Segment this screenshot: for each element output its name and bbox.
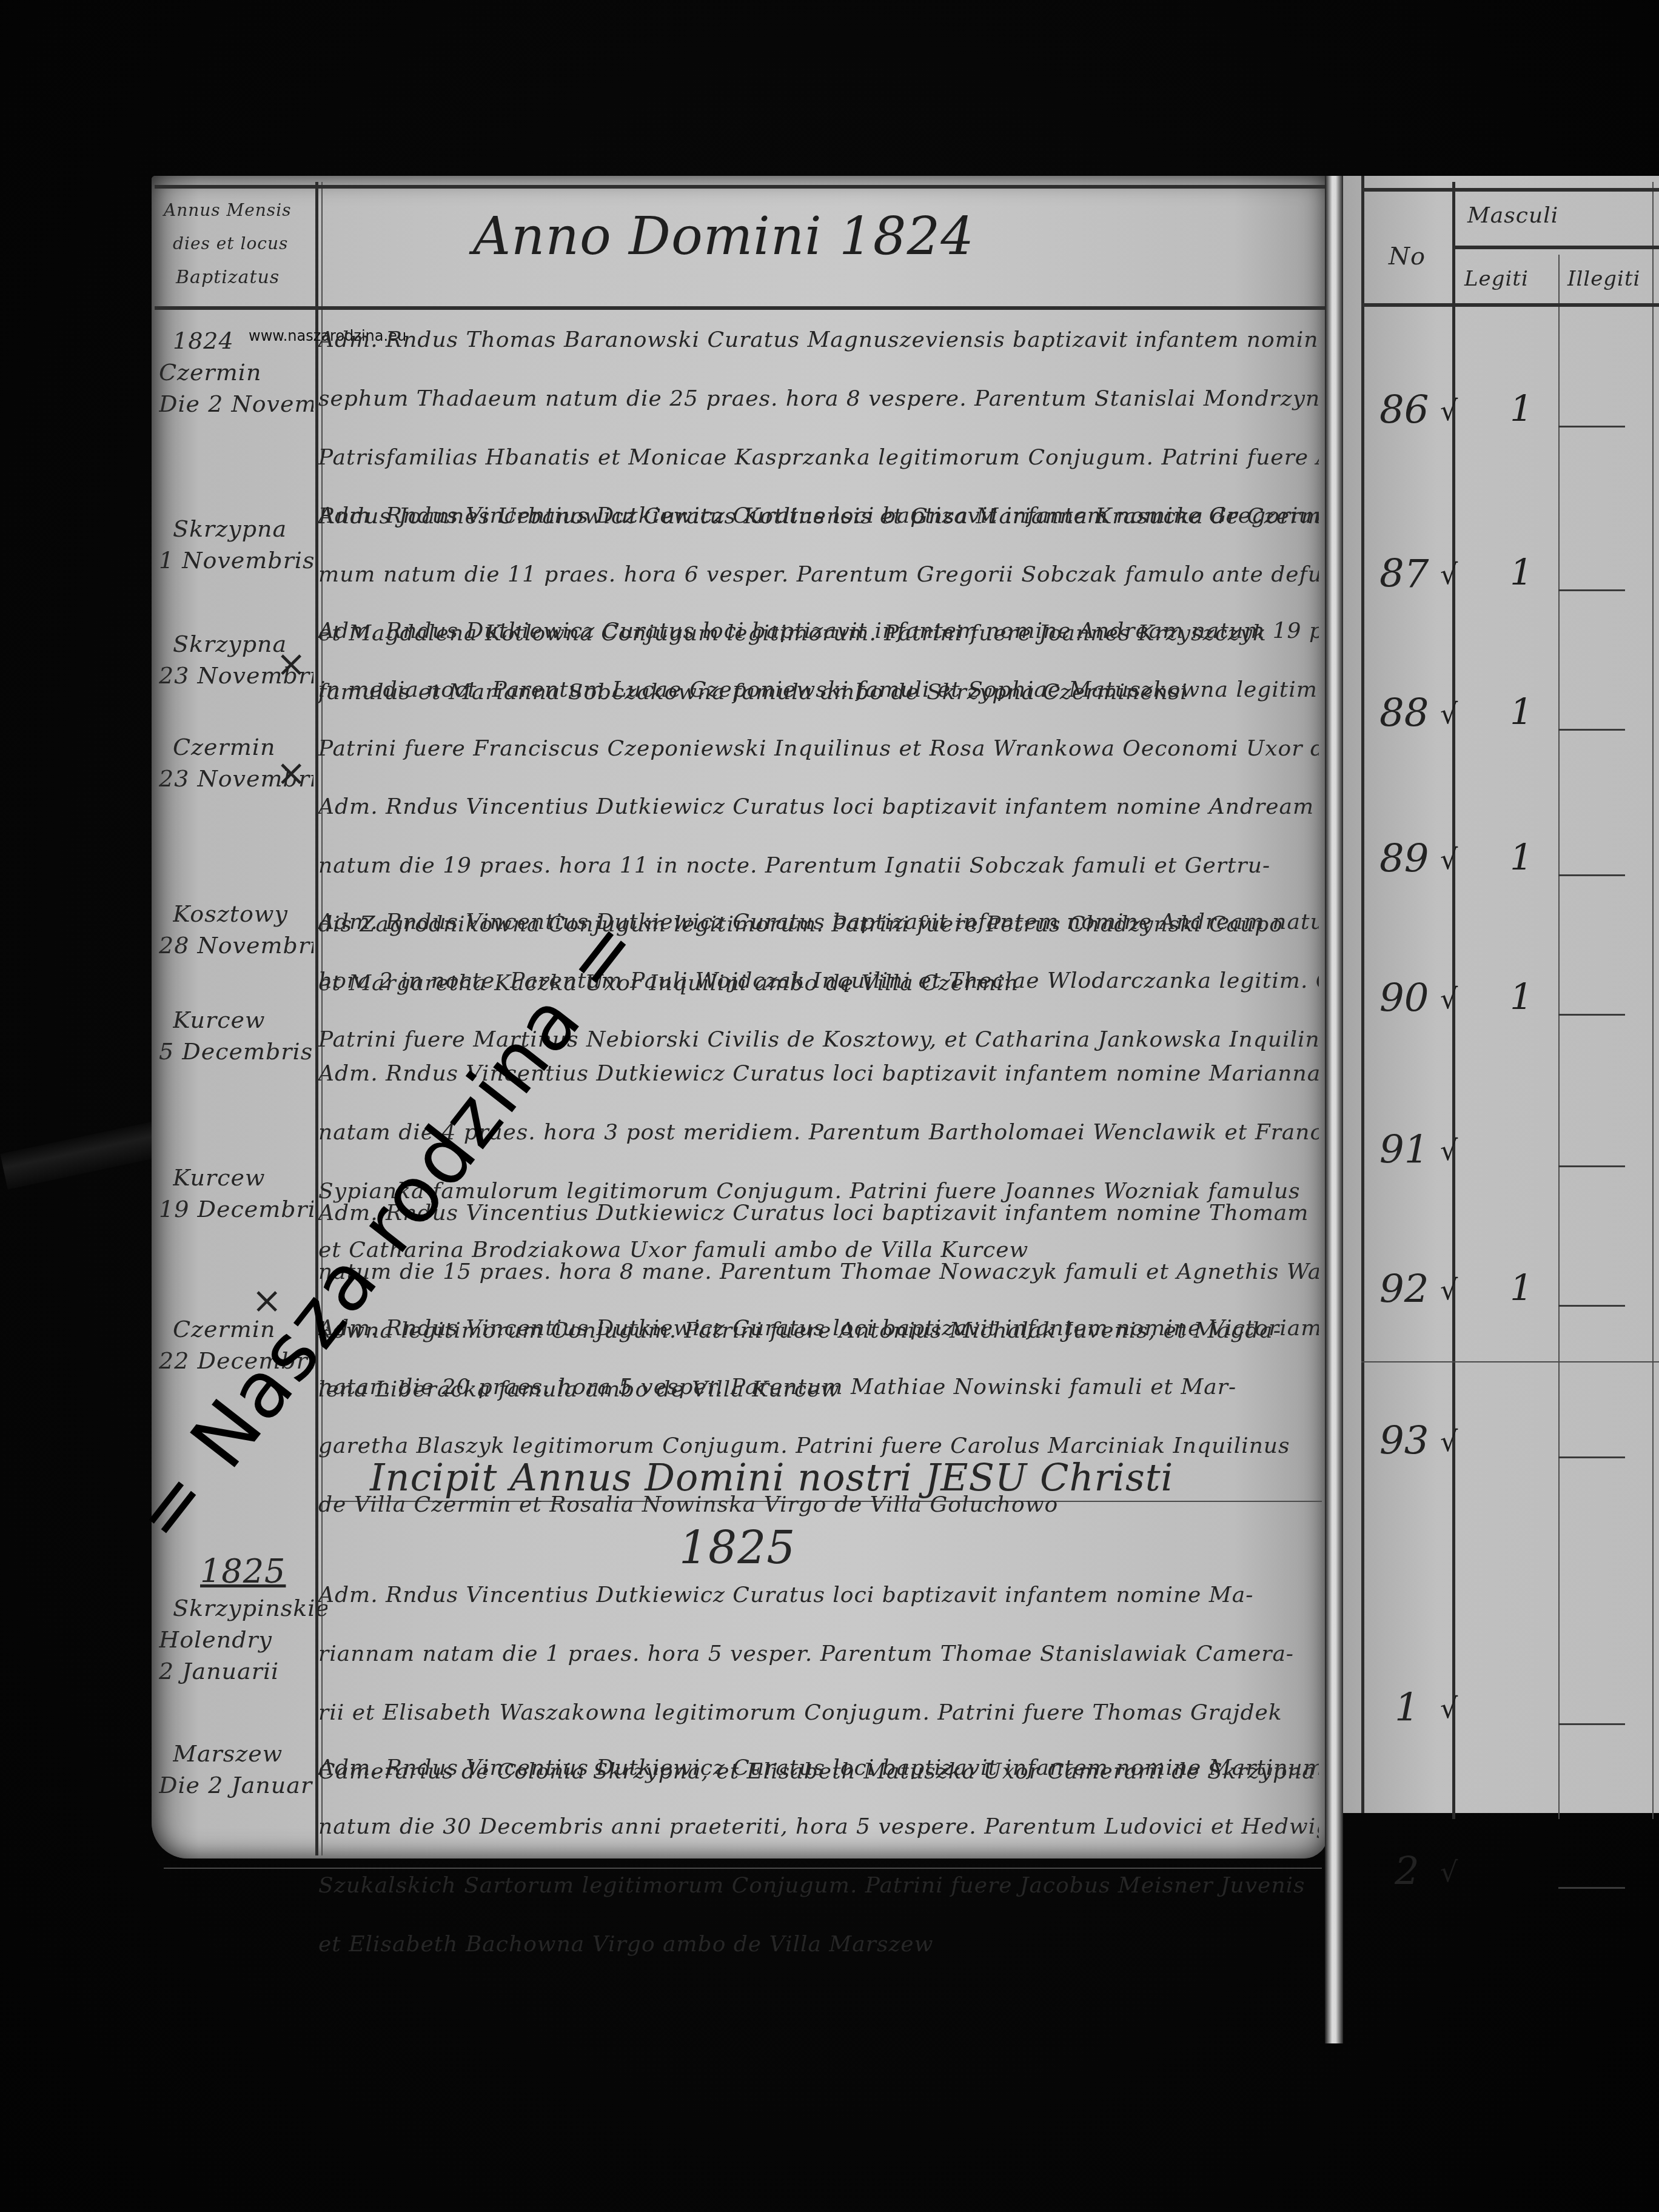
ledger-dash (1558, 1165, 1625, 1167)
entry-text-line: mum natum die 11 praes. hora 6 vesper. P… (318, 562, 1319, 587)
entry-margin-note: Skrzypinskie (173, 1595, 327, 1621)
margin-year-1825: 1825 (200, 1552, 286, 1590)
record-number: 93 (1379, 1419, 1429, 1464)
record-check-mark: √ (1440, 1855, 1458, 1888)
entry-text-line: Adm. Rndus Thomas Baranowski Curatus Mag… (318, 327, 1319, 352)
record-number: 90 (1379, 976, 1429, 1021)
right-header-rule (1452, 246, 1659, 249)
right-page-rule-3 (1558, 255, 1560, 1819)
margin-header-line-3: Baptizatus (176, 267, 280, 288)
entry-text-line: et Catharina Brodziakowa Uxor famuli amb… (318, 1238, 1319, 1262)
ledger-dash (1558, 426, 1625, 427)
entry-text-line: Adm. Rndus Vincentius Dutkiewicz Curatus… (318, 1755, 1319, 1780)
ledger-dash (1558, 1887, 1625, 1889)
entry-margin-note: Czermin (159, 359, 313, 386)
ledger-dash (1558, 1723, 1625, 1725)
record-number: 89 (1379, 837, 1429, 882)
entry-margin-note: Holendry (159, 1626, 313, 1653)
right-subheader-rule (1361, 303, 1659, 307)
record-number: 92 (1379, 1267, 1429, 1312)
entry-text-line: garetha Blaszyk legitimorum Conjugum. Pa… (318, 1433, 1319, 1458)
entry-text-line: riannam natam die 1 praes. hora 5 vesper… (318, 1641, 1319, 1666)
record-check-mark: √ (1440, 1692, 1458, 1724)
record-number: 88 (1379, 691, 1429, 736)
record-number: 87 (1379, 552, 1429, 597)
page-gutter (1325, 176, 1343, 2043)
margin-header-line-1: Annus Mensis (164, 200, 292, 220)
entry-margin-note: Kosztowy (173, 900, 327, 927)
record-number: 91 (1379, 1128, 1429, 1173)
year-break-heading: Incipit Annus Domini nostri JESU Christi (370, 1455, 1173, 1500)
entry-margin-note: Skrzypna (173, 515, 327, 542)
legitimate-count: 1 (1510, 691, 1533, 734)
entry-text-line: Adm. Rndus Dutkiewicz Curatus loci bapti… (318, 618, 1319, 643)
record-number: 2 (1395, 1849, 1419, 1894)
ledger-dash (1558, 1305, 1625, 1307)
right-year-rule (1361, 1361, 1659, 1362)
ledger-dash (1558, 1456, 1625, 1458)
right-page-rule-4 (1652, 182, 1654, 1819)
entry-text-line: in media noct. Parentum Lucae Czeponiews… (318, 677, 1319, 702)
ledger-dash (1558, 729, 1625, 731)
legitimate-count: 1 (1510, 837, 1533, 879)
entry-text-line: rii et Elisabeth Waszakowna legitimorum … (318, 1700, 1319, 1725)
record-check-mark: √ (1440, 1425, 1458, 1458)
year-break-year: 1825 (679, 1522, 796, 1574)
record-check-mark: √ (1440, 982, 1458, 1015)
entry-text-line: Adm. Rndus Vincentius Dutkiewicz Curatus… (318, 1316, 1319, 1341)
entry-margin-note: Kurcew (173, 1007, 327, 1033)
entry-text-line: natum die 19 praes. hora 11 in nocte. Pa… (318, 853, 1319, 878)
header-rule (155, 306, 1325, 310)
ledger-dash (1558, 874, 1625, 876)
margin-cross-mark: × (276, 752, 306, 794)
entry-text-line: Patrini fuere Franciscus Czeponiewski In… (318, 736, 1319, 761)
entry-text-line: hora 2 in nocte. Parentum Pauli Wojdczak… (318, 968, 1319, 993)
entry-text-line: Patrisfamilias Hbanatis et Monicae Kaspr… (318, 445, 1319, 470)
entry-text-line: Adm. Rndus Vincentius Dutkiewicz Curatus… (318, 503, 1319, 528)
record-number: 1 (1395, 1686, 1419, 1731)
top-rule (155, 185, 1325, 189)
page-title: Anno Domini 1824 (473, 206, 974, 267)
entry-margin-note: 5 Decembris (159, 1038, 313, 1065)
entry-margin-note: Marszew (173, 1740, 327, 1767)
ledger-dash (1558, 589, 1625, 591)
entry-margin-note: 1824 (173, 327, 327, 354)
entry-text-line: Adm. Rndus Vincentius Dutkiewicz Curatus… (318, 794, 1319, 819)
legitimate-count: 1 (1510, 1267, 1533, 1310)
entry-margin-note: 28 Novembris (159, 932, 313, 959)
entry-text-line: Adm. Rndus Vincentius Dutkiewicz Curatus… (318, 1583, 1319, 1607)
entry-text-line: sephum Thadaeum natum die 25 praes. hora… (318, 386, 1319, 411)
ledger-dash (1558, 1014, 1625, 1016)
entry-text-line: Adm. Rndus Vincentius Dutkiewicz Curatus… (318, 1201, 1319, 1225)
legitimate-count: 1 (1510, 388, 1533, 431)
right-page-rule-1 (1361, 176, 1364, 1813)
record-number-header: No (1389, 243, 1426, 270)
record-check-mark: √ (1440, 558, 1458, 591)
record-check-mark: √ (1440, 394, 1458, 427)
entry-text-line: Adm. Rndus Vincentius Dutkiewicz Curatus… (318, 910, 1319, 934)
entry-text-line: Szukalskich Sartorum legitimorum Conjugu… (318, 1873, 1319, 1898)
entry-text-line: et Elisabeth Bachowna Virgo ambo de Vill… (318, 1932, 1319, 1957)
entry-margin-note: Kurcew (173, 1164, 327, 1191)
record-check-mark: √ (1440, 697, 1458, 730)
illegitimate-header: Illegiti (1567, 267, 1640, 291)
entry-margin-note: 19 Decembris (159, 1196, 313, 1222)
record-check-mark: √ (1440, 1134, 1458, 1167)
bottom-rule (164, 1868, 1322, 1869)
entry-margin-note: 2 Januarii (159, 1658, 313, 1684)
margin-cross-mark: × (276, 643, 306, 685)
legitimate-count: 1 (1510, 552, 1533, 594)
entry-text-line: natum die 15 praes. hora 8 mane. Parentu… (318, 1259, 1319, 1284)
entry-text-line: natum die 30 Decembris anni praeteriti, … (318, 1814, 1319, 1839)
right-top-rule (1361, 188, 1659, 192)
record-check-mark: √ (1440, 1273, 1458, 1306)
margin-header-line-2: dies et locus (173, 233, 288, 253)
record-check-mark: √ (1440, 843, 1458, 876)
masculi-header: Masculi (1467, 203, 1558, 228)
entry-text-line: Patrini fuere Martinus Nebiorski Civilis… (318, 1027, 1319, 1052)
entry-text-line: natam die 20 praes. hora 5 vesper. Paren… (318, 1375, 1319, 1399)
legitimate-header: Legiti (1464, 267, 1529, 291)
entry-margin-note: Die 2 Januarii (159, 1772, 313, 1798)
entry-margin-note: Die 2 Novembris (159, 390, 313, 417)
entry-margin-note: 1 Novembris (159, 547, 313, 574)
record-number: 86 (1379, 388, 1429, 433)
legitimate-count: 1 (1510, 976, 1533, 1019)
